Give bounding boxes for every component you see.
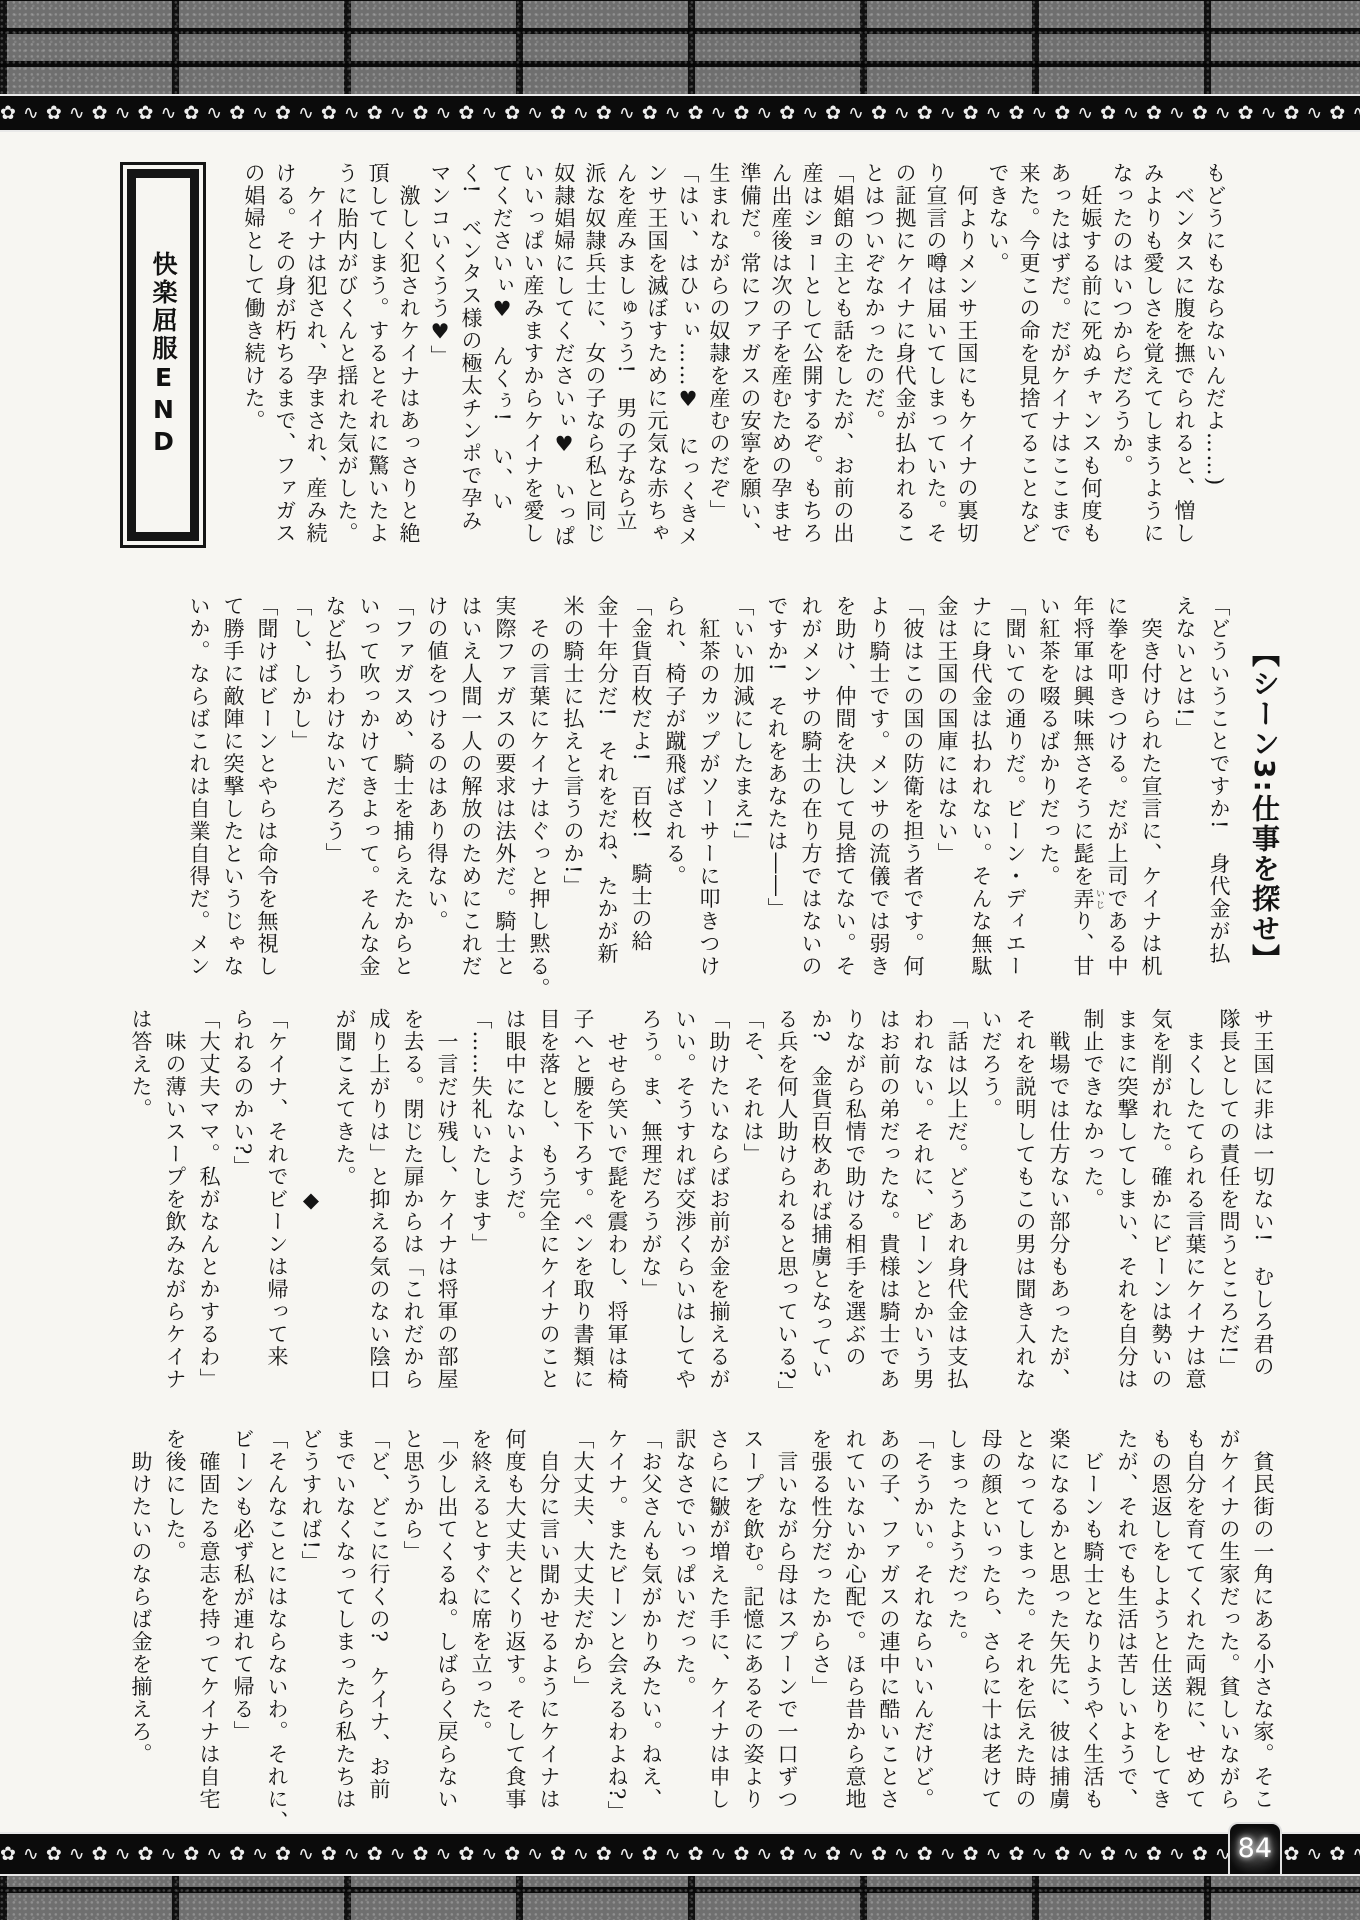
top-brick-border [0,0,1360,94]
novel-page: ✿∿✿∿✿∿✿∿✿∿✿∿✿∿✿∿✿∿✿∿✿∿✿∿✿∿✿∿✿∿✿∿✿∿✿∿✿∿✿∿… [0,0,1360,1920]
text-band-3: サ王国に非は一切ない! むしろ君の 隊長としての責任を問うところだ!」 まくした… [124,1008,1280,1408]
bottom-floral-ornament-band: ✿∿✿∿✿∿✿∿✿∿✿∿✿∿✿∿✿∿✿∿✿∿✿∿✿∿✿∿✿∿✿∿✿∿✿∿✿∿✿∿… [0,1832,1360,1876]
bottom-brick-border [0,1876,1360,1920]
ending-title-box: 快楽屈服END [120,162,206,548]
top-floral-ornament-band: ✿∿✿∿✿∿✿∿✿∿✿∿✿∿✿∿✿∿✿∿✿∿✿∿✿∿✿∿✿∿✿∿✿∿✿∿✿∿✿∿… [0,94,1360,132]
ending-title: 快楽屈服END [145,251,181,459]
ending-title-box-inner-frame: 快楽屈服END [127,169,199,541]
text-band-1: もどうにもならないんだよ……) ベンタスに腹を撫でられると、憎し みよりも愛しさ… [238,162,1230,562]
text-band-2: 「どういうことですか! 身代金が払 えないとは!」 突き付けられた宣言に、ケイナ… [182,595,1236,995]
scene-3-header: 【シーン3:仕事を探せ】 [1249,595,1280,995]
page-number: 84 [1228,1822,1282,1874]
text-band-4: 貧民街の一角にある小さな家。そこ がケイナの生家だった。貧しいながら も自分を育… [124,1428,1280,1828]
